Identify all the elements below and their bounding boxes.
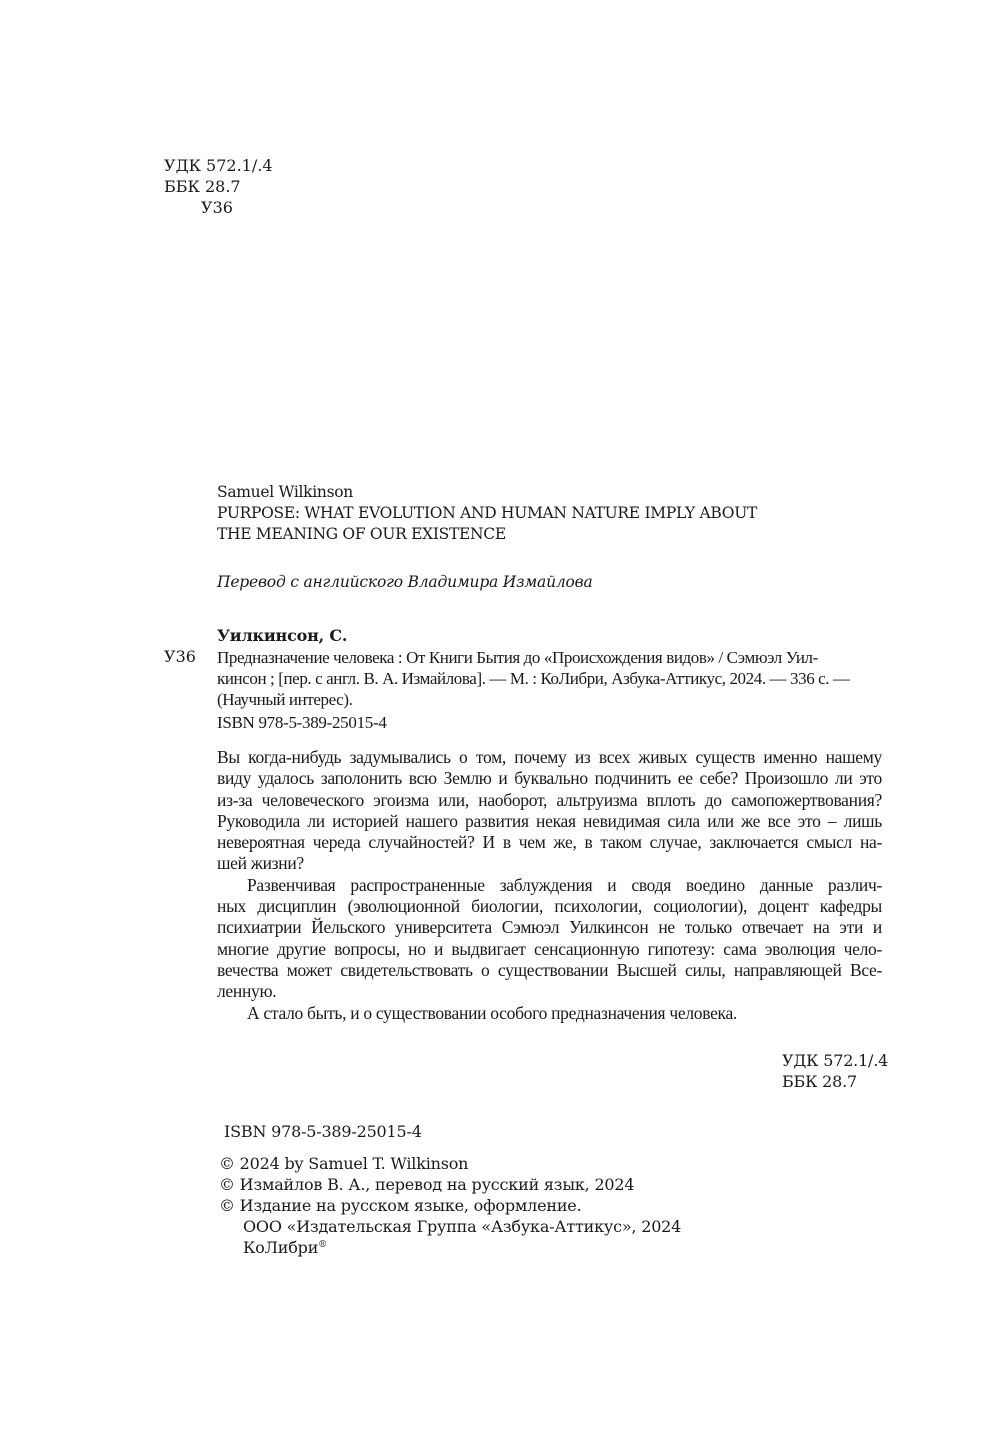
annotation-line: многие другие вопросы, но и выдвигает се… — [217, 939, 882, 960]
publisher-line: ООО «Издательская Группа «Азбука-Аттикус… — [219, 1216, 681, 1237]
copyright-block: © 2024 by Samuel T. Wilkinson © Измайлов… — [219, 1153, 681, 1258]
annotation-line: виду удалось заполонить всю Землю и букв… — [217, 768, 882, 789]
annotation-line: вечества может свидетельствовать о сущес… — [217, 960, 882, 981]
original-title-line-1: PURPOSE: WHAT EVOLUTION AND HUMAN NATURE… — [217, 503, 757, 524]
annotation-paragraph-3: А стало быть, и о существовании особого … — [217, 1003, 882, 1024]
bibliographic-author-heading: Уилкинсон, С. — [217, 626, 347, 645]
annotation-line: ных дисциплин (эволюционной биологии, пс… — [217, 896, 882, 917]
udk-code: УДК 572.1/.4 — [164, 155, 273, 176]
original-author: Samuel Wilkinson — [217, 482, 757, 503]
top-classification-block: УДК 572.1/.4 ББК 28.7 У36 — [164, 155, 273, 218]
annotation-line: Развенчивая распространенные заблуждения… — [217, 875, 882, 896]
author-mark: У36 — [164, 197, 273, 218]
description-line: (Научный интерес). — [217, 689, 882, 710]
bibliographic-author-mark: У36 — [164, 647, 196, 666]
annotation: Вы когда-нибудь задумывались о том, поче… — [217, 747, 882, 1024]
description-line: кинсон ; [пер. с англ. В. А. Измайлова].… — [217, 668, 882, 689]
annotation-line: невероятная череда случайностей? И в чем… — [217, 832, 882, 853]
imprint-line: КоЛибри® — [219, 1237, 681, 1258]
annotation-line: психиатрии Йельского университета Сэмюэл… — [217, 917, 882, 938]
bibliographic-isbn: ISBN 978-5-389-25015-4 — [217, 713, 387, 733]
annotation-line: Руководила ли историей нашего развития н… — [217, 811, 882, 832]
bibliographic-description: Предназначение человека : От Книги Бытия… — [217, 647, 882, 710]
annotation-line: Вы когда-нибудь задумывались о том, поче… — [217, 747, 882, 768]
translator-note: Перевод с английского Владимира Измайлов… — [217, 573, 593, 591]
copyright-line: © Издание на русском языке, оформление. — [219, 1195, 681, 1216]
annotation-line: ленную. — [217, 981, 882, 1002]
bottom-classification-block: УДК 572.1/.4 ББК 28.7 — [782, 1050, 888, 1092]
copyright-line: © 2024 by Samuel T. Wilkinson — [219, 1153, 681, 1174]
udk-code: УДК 572.1/.4 — [782, 1050, 888, 1071]
imprint-name: КоЛибри — [243, 1238, 318, 1257]
original-title-line-2: THE MEANING OF OUR EXISTENCE — [217, 524, 757, 545]
annotation-paragraph-2: Развенчивая распространенные заблуждения… — [217, 875, 882, 1003]
copyright-isbn: ISBN 978-5-389-25015-4 — [224, 1122, 422, 1141]
bbk-code: ББК 28.7 — [782, 1071, 888, 1092]
copyright-line: © Измайлов В. А., перевод на русский язы… — [219, 1174, 681, 1195]
annotation-line: шей жизни? — [217, 853, 882, 874]
annotation-line: А стало быть, и о существовании особого … — [217, 1003, 882, 1024]
description-line: Предназначение человека : От Книги Бытия… — [217, 647, 882, 668]
registered-mark: ® — [318, 1240, 327, 1250]
annotation-line: из-за человеческого эгоизма или, наоборо… — [217, 790, 882, 811]
bbk-code: ББК 28.7 — [164, 176, 273, 197]
original-edition-block: Samuel Wilkinson PURPOSE: WHAT EVOLUTION… — [217, 482, 757, 545]
annotation-paragraph-1: Вы когда-нибудь задумывались о том, поче… — [217, 747, 882, 875]
